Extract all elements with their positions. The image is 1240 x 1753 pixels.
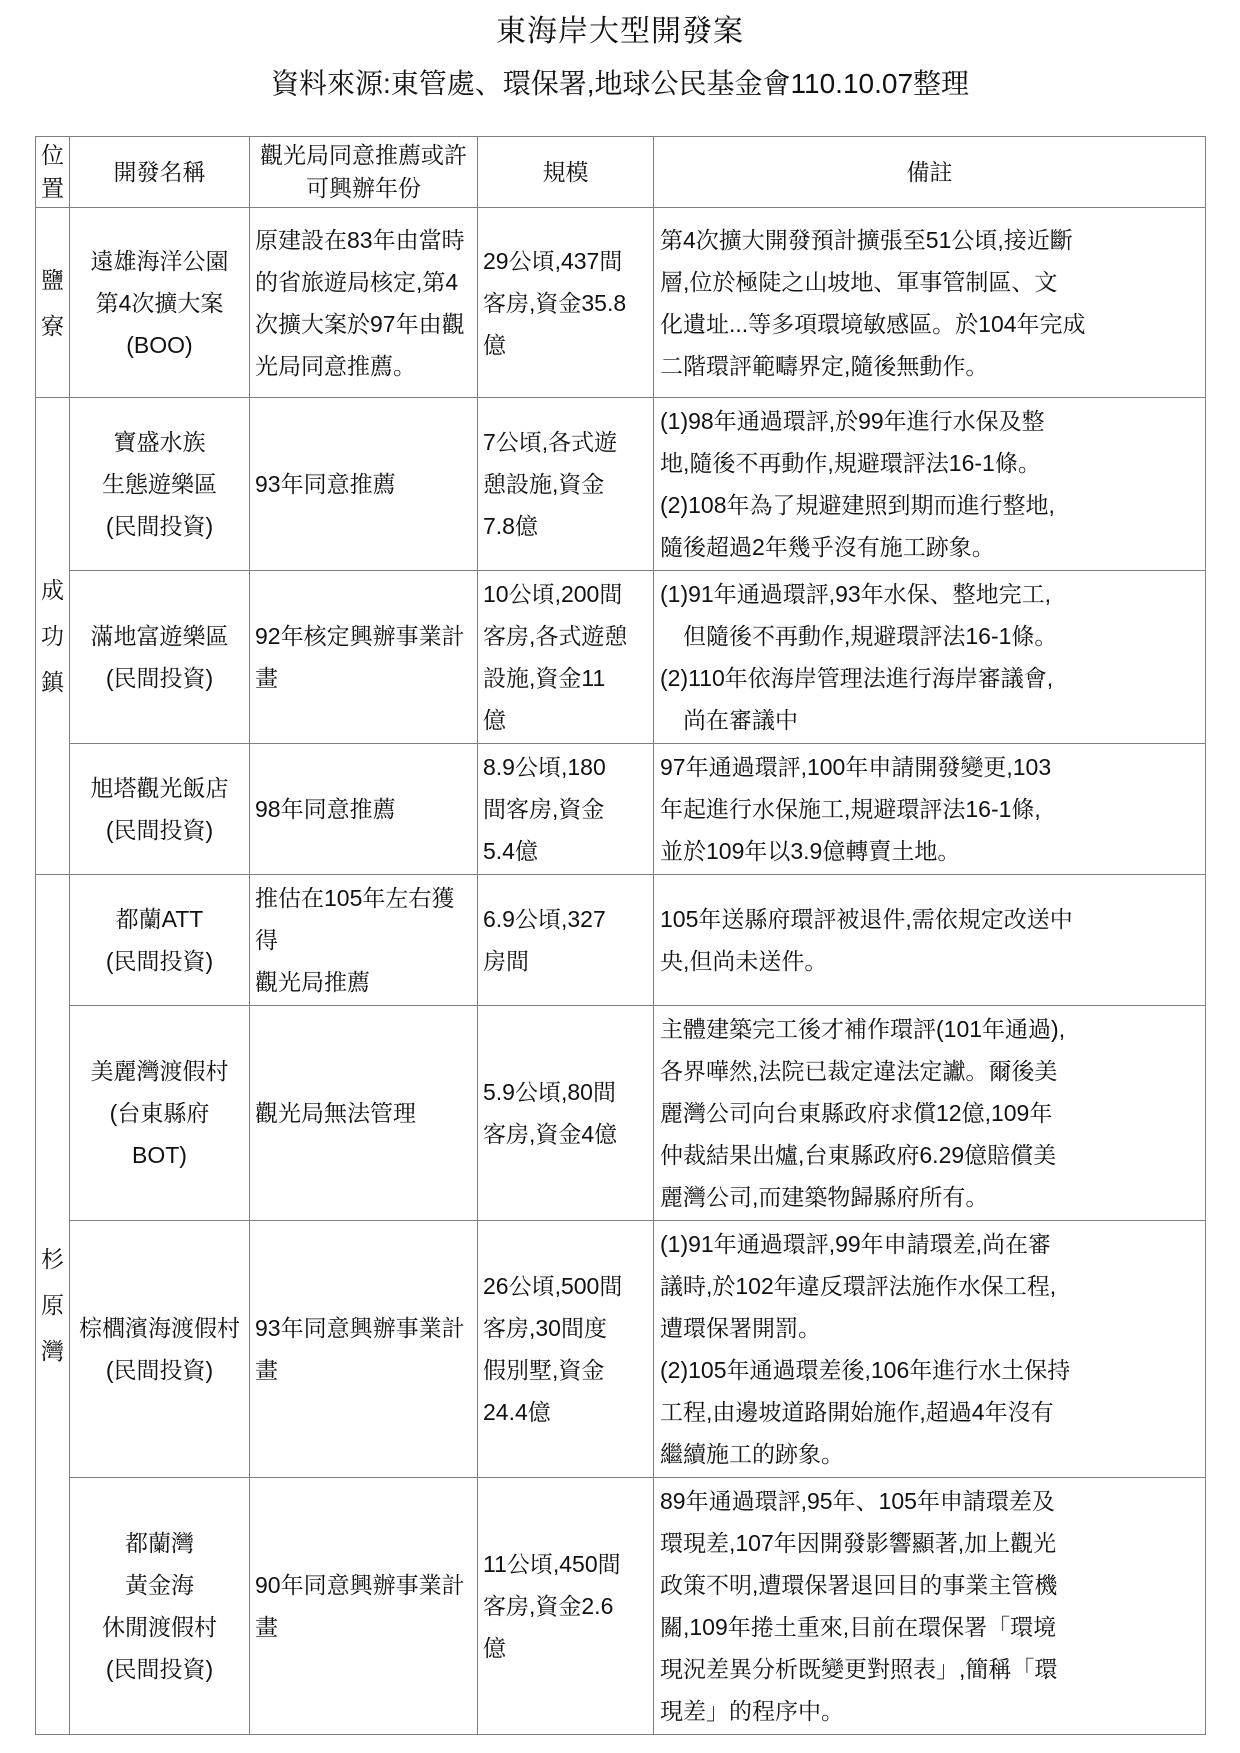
approval-cell: 93年同意推薦	[250, 398, 478, 571]
project-name-cell: 遠雄海洋公園 第4次擴大案 (BOO)	[70, 208, 250, 398]
project-name-cell: 滿地富遊樂區 (民間投資)	[70, 571, 250, 744]
header-project-name: 開發名稱	[70, 137, 250, 208]
header-row: 位置 開發名稱 觀光局同意推薦或許 可興辦年份 規模 備註	[36, 137, 1206, 208]
scale-cell: 26公頃,500間 客房,30間度 假別墅,資金 24.4億	[478, 1221, 654, 1478]
notes-cell: 105年送縣府環評被退件,需依規定改送中 央,但尚未送件。	[654, 875, 1206, 1006]
approval-cell: 98年同意推薦	[250, 744, 478, 875]
header-notes: 備註	[654, 137, 1206, 208]
notes-cell: (1)91年通過環評,99年申請環差,尚在審 議時,於102年違反環評法施作水保…	[654, 1221, 1206, 1478]
notes-cell: 89年通過環評,95年、105年申請環差及 環現差,107年因開發影響顯著,加上…	[654, 1478, 1206, 1735]
notes-cell: 第4次擴大開發預計擴張至51公頃,接近斷 層,位於極陡之山坡地、軍事管制區、文 …	[654, 208, 1206, 398]
page-title: 東海岸大型開發案	[0, 0, 1240, 52]
header-location: 位置	[36, 137, 70, 208]
approval-cell: 93年同意興辦事業計 畫	[250, 1221, 478, 1478]
scale-cell: 29公頃,437間 客房,資金35.8 億	[478, 208, 654, 398]
location-cell-shanyuan: 杉原灣	[36, 875, 70, 1735]
project-name-cell: 都蘭ATT (民間投資)	[70, 875, 250, 1006]
development-projects-table: 位置 開發名稱 觀光局同意推薦或許 可興辦年份 規模 備註 鹽寮 遠雄海洋公園 …	[35, 136, 1206, 1735]
table-row: 美麗灣渡假村 (台東縣府 BOT) 觀光局無法管理 5.9公頃,80間 客房,資…	[36, 1006, 1206, 1221]
scale-cell: 5.9公頃,80間 客房,資金4億	[478, 1006, 654, 1221]
location-cell-chenggong: 成功鎮	[36, 398, 70, 875]
scale-cell: 8.9公頃,180 間客房,資金 5.4億	[478, 744, 654, 875]
approval-cell: 92年核定興辦事業計 畫	[250, 571, 478, 744]
notes-cell: (1)98年通過環評,於99年進行水保及整 地,隨後不再動作,規避環評法16-1…	[654, 398, 1206, 571]
location-cell-yanliao: 鹽寮	[36, 208, 70, 398]
table-row: 鹽寮 遠雄海洋公園 第4次擴大案 (BOO) 原建設在83年由當時 的省旅遊局核…	[36, 208, 1206, 398]
approval-cell: 觀光局無法管理	[250, 1006, 478, 1221]
notes-cell: 主體建築完工後才補作環評(101年通過), 各界嘩然,法院已裁定違法定讞。爾後美…	[654, 1006, 1206, 1221]
notes-cell: (1)91年通過環評,93年水保、整地完工, 但隨後不再動作,規避環評法16-1…	[654, 571, 1206, 744]
approval-cell: 推估在105年左右獲得 觀光局推薦	[250, 875, 478, 1006]
scale-cell: 11公頃,450間 客房,資金2.6 億	[478, 1478, 654, 1735]
source-line: 資料來源:東管處、環保署,地球公民基金會110.10.07整理	[0, 64, 1240, 104]
project-name-cell: 寶盛水族 生態遊樂區 (民間投資)	[70, 398, 250, 571]
approval-cell: 原建設在83年由當時 的省旅遊局核定,第4 次擴大案於97年由觀 光局同意推薦。	[250, 208, 478, 398]
scale-cell: 6.9公頃,327 房間	[478, 875, 654, 1006]
approval-cell: 90年同意興辦事業計 畫	[250, 1478, 478, 1735]
notes-cell: 97年通過環評,100年申請開發變更,103 年起進行水保施工,規避環評法16-…	[654, 744, 1206, 875]
table-row: 成功鎮 寶盛水族 生態遊樂區 (民間投資) 93年同意推薦 7公頃,各式遊 憩設…	[36, 398, 1206, 571]
table-row: 都蘭灣 黃金海 休閒渡假村 (民間投資) 90年同意興辦事業計 畫 11公頃,4…	[36, 1478, 1206, 1735]
project-name-cell: 棕櫚濱海渡假村 (民間投資)	[70, 1221, 250, 1478]
table-row: 杉原灣 都蘭ATT (民間投資) 推估在105年左右獲得 觀光局推薦 6.9公頃…	[36, 875, 1206, 1006]
scale-cell: 7公頃,各式遊 憩設施,資金 7.8億	[478, 398, 654, 571]
table-row: 旭塔觀光飯店 (民間投資) 98年同意推薦 8.9公頃,180 間客房,資金 5…	[36, 744, 1206, 875]
table-row: 棕櫚濱海渡假村 (民間投資) 93年同意興辦事業計 畫 26公頃,500間 客房…	[36, 1221, 1206, 1478]
table-row: 滿地富遊樂區 (民間投資) 92年核定興辦事業計 畫 10公頃,200間 客房,…	[36, 571, 1206, 744]
scale-cell: 10公頃,200間 客房,各式遊憩 設施,資金11 億	[478, 571, 654, 744]
project-name-cell: 美麗灣渡假村 (台東縣府 BOT)	[70, 1006, 250, 1221]
project-name-cell: 都蘭灣 黃金海 休閒渡假村 (民間投資)	[70, 1478, 250, 1735]
header-scale: 規模	[478, 137, 654, 208]
project-name-cell: 旭塔觀光飯店 (民間投資)	[70, 744, 250, 875]
header-approval-year: 觀光局同意推薦或許 可興辦年份	[250, 137, 478, 208]
document-page: 東海岸大型開發案 資料來源:東管處、環保署,地球公民基金會110.10.07整理…	[0, 0, 1240, 1735]
